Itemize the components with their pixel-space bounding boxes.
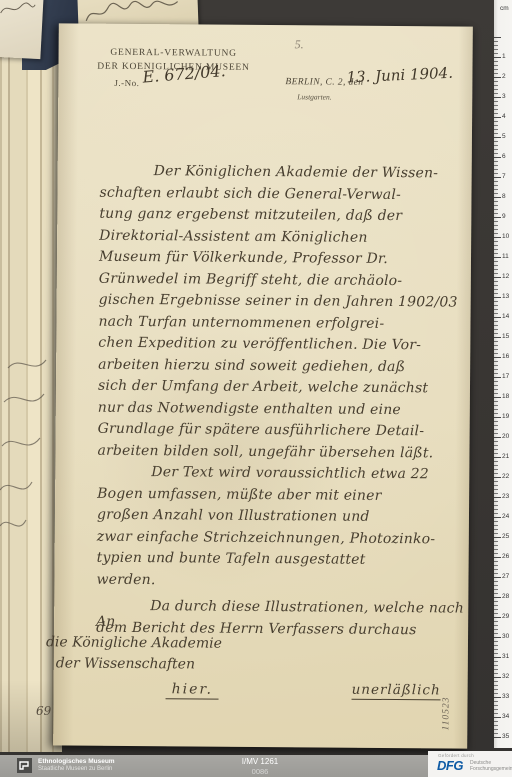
address-block: An die Königliche Akademie der Wissensch…: [46, 611, 222, 675]
place-sub: Lustgarten.: [297, 92, 331, 101]
address-here: hier.: [166, 681, 220, 699]
vertical-pencil-number: 110523: [441, 666, 456, 730]
handwriting-line: zwar einfache Strichzeichnungen, Photozi…: [97, 526, 463, 550]
date-value: 13. Juni 1904.: [346, 64, 453, 87]
museum-name: Ethnologisches Museum: [38, 758, 115, 765]
handwriting-line: werden.: [96, 569, 462, 593]
footer-bar: Ethnologisches Museum Staatliche Museen …: [0, 755, 430, 777]
dfg-org-line2: Forschungsgemeinschaft: [470, 766, 512, 772]
letter-body: Der Königlichen Akademie der Wissen- sch…: [96, 161, 466, 642]
address-line: der Wissenschaften: [46, 653, 222, 675]
ruler-ticks: cm12345678910111213141516171819202122232…: [494, 37, 501, 741]
handwriting-line: sich der Umfang der Arbeit, welche zunäc…: [98, 376, 464, 400]
handwriting-line: arbeiten hierzu sind soweit gediehen, da…: [98, 354, 464, 378]
handwriting-line: Grünwedel im Begriff steht, die archäolo…: [99, 268, 465, 292]
handwriting-line: tung ganz ergebenst mitzuteilen, daß der: [99, 204, 465, 228]
pencil-note-top: 5.: [295, 37, 304, 52]
journal-number-label: J.-No.: [114, 78, 139, 88]
handwriting-line: Der Königlichen Akademie der Wissen-: [100, 161, 466, 185]
handwriting-line: chen Expedition zu veröffentlichen. Die …: [98, 333, 464, 357]
ruler: cm12345678910111213141516171819202122232…: [494, 0, 512, 748]
handwriting-line: schaften erlaubt sich die General-Verwal…: [99, 182, 465, 206]
handwriting-line: Bogen umfassen, müßte aber mit einer: [97, 483, 463, 507]
museum-organization: Staatliche Museen zu Berlin: [38, 766, 112, 772]
address-line: An: [46, 611, 222, 633]
edge-writing-marks: [0, 350, 60, 550]
handwriting-line: Museum für Völkerkunde, Professor Dr.: [99, 247, 465, 271]
handwriting-line: arbeiten bilden soll, ungefähr übersehen…: [97, 440, 463, 464]
handwriting-line: großen Anzahl von Illustrationen und: [97, 505, 463, 529]
letter-page: GENERAL-VERWALTUNG DER KOENIGLICHEN MUSE…: [53, 23, 473, 748]
folio-page-number: 69: [36, 704, 51, 718]
paper-slip: [0, 0, 44, 59]
handwriting-line: nach Turfan unternommenen erfolgrei-: [98, 311, 464, 335]
museum-logo-icon: [17, 758, 32, 773]
shelfmark: I/MV 1261: [200, 757, 320, 766]
archival-scan-view: GENERAL-VERWALTUNG DER KOENIGLICHEN MUSE…: [0, 0, 512, 777]
handwriting-line: typien und bunte Tafeln ausgestattet: [97, 548, 463, 572]
funding-box: Gefördert durch DFG Deutsche Forschungsg…: [428, 751, 512, 777]
image-number: 0086: [200, 767, 320, 776]
handwriting-line: Grundlage für spätere ausführlichere Det…: [98, 419, 464, 443]
handwriting-line: Direktorial-Assistent am Königlichen: [99, 225, 465, 249]
slip-writing-mark: [0, 0, 38, 25]
handwriting-line: Der Text wird voraussichtlich etwa 22: [97, 462, 463, 486]
address-line: die Königliche Akademie: [46, 632, 222, 654]
catchword: unerläßlich: [352, 682, 441, 701]
dfg-logo: DFG: [437, 758, 463, 773]
handwriting-line: gischen Ergebnisse seiner in den Jahren …: [99, 290, 465, 314]
handwriting-line: nur das Notwendigste enthalten und eine: [98, 397, 464, 421]
